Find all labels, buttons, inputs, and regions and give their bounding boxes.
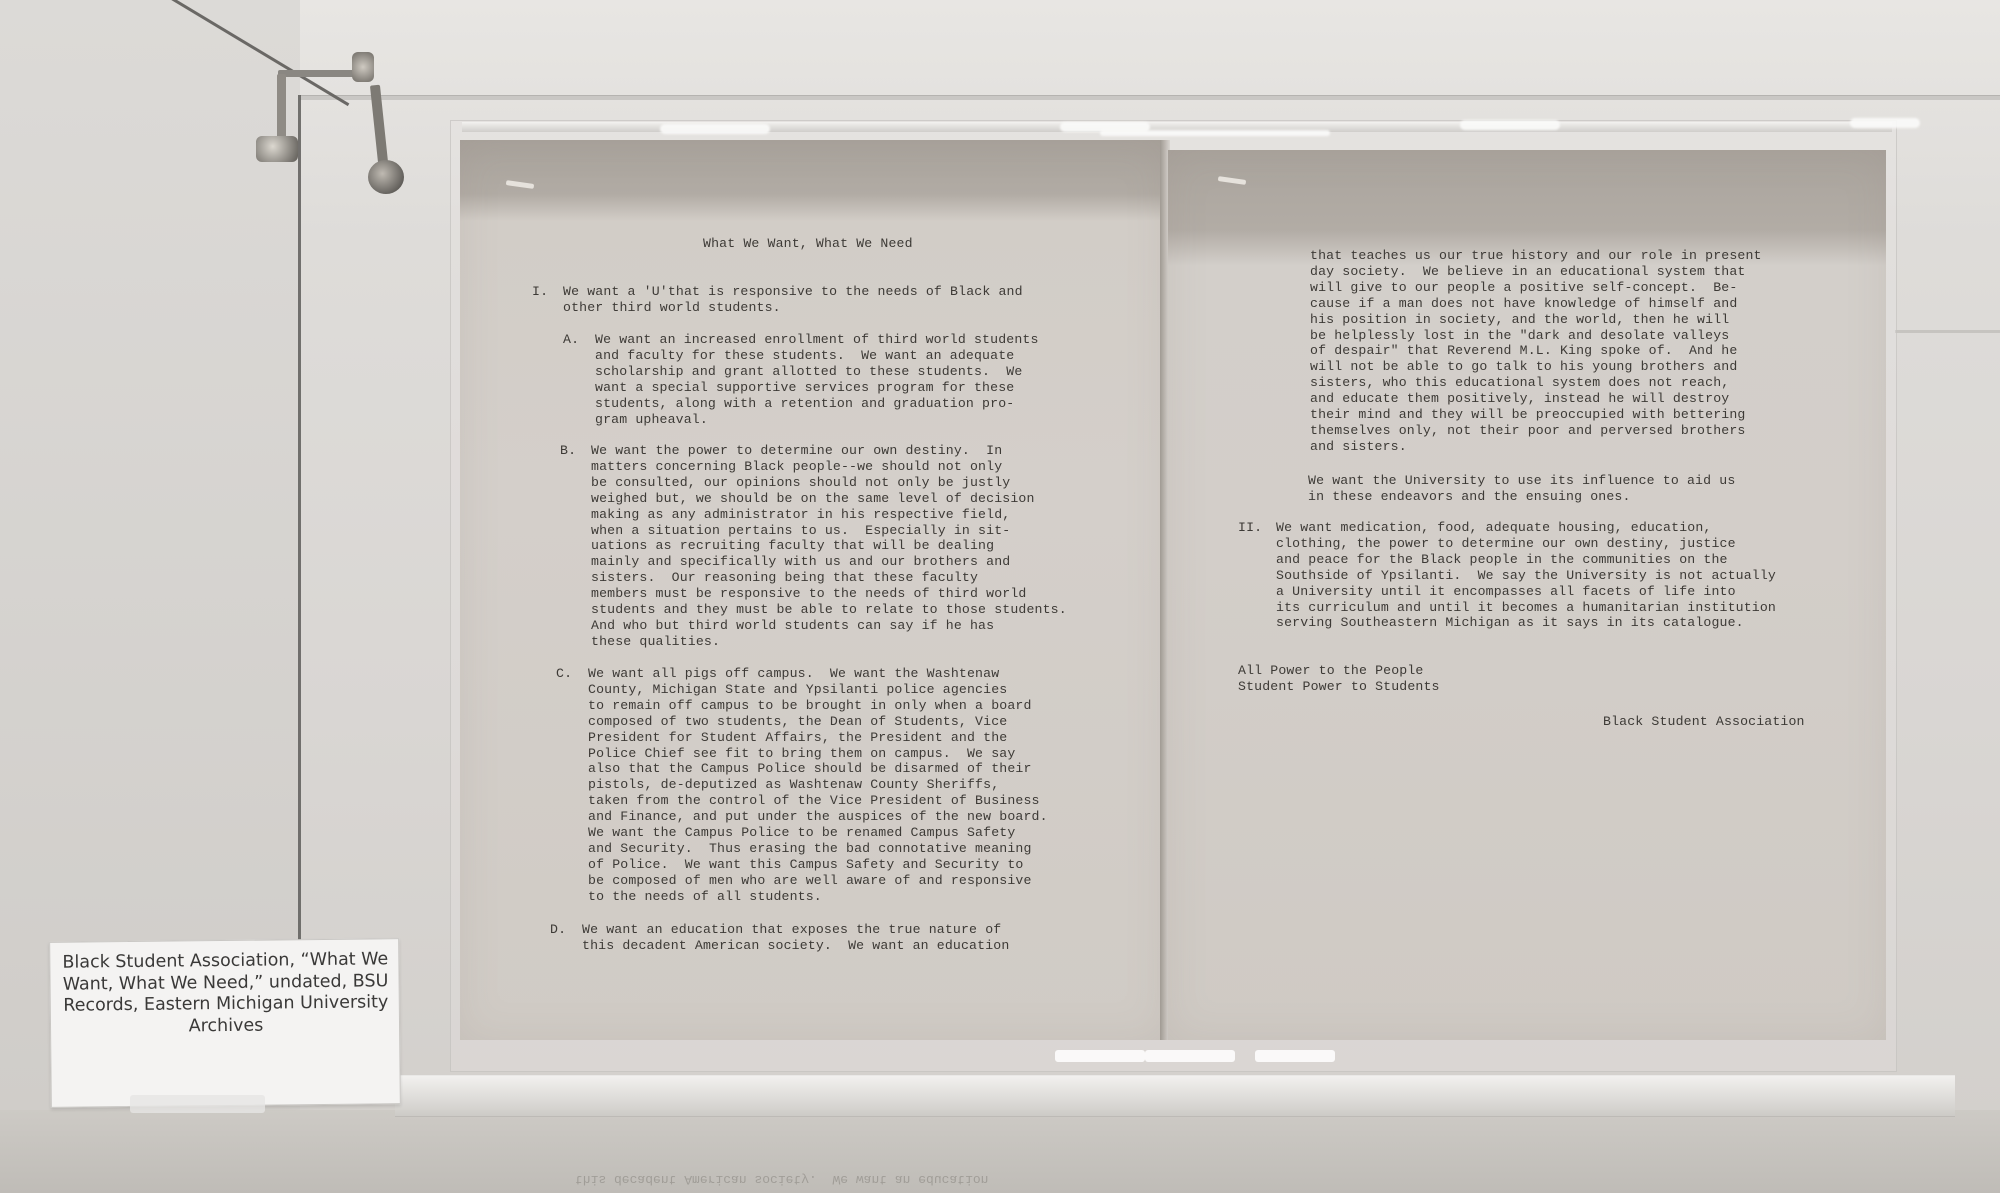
- bracket-arm: [278, 70, 358, 77]
- light-glare: [1145, 1050, 1235, 1062]
- subsection-c-text: We want all pigs off campus. We want the…: [588, 666, 1048, 905]
- light-glare: [1255, 1050, 1335, 1062]
- subsection-a-text: We want an increased enrollment of third…: [595, 332, 1039, 427]
- section-1-number: I.: [532, 284, 548, 300]
- document-title: What We Want, What We Need: [703, 236, 913, 252]
- document-page-right: that teaches us our true history and our…: [1168, 150, 1886, 1040]
- display-shelf: [0, 1110, 2000, 1193]
- light-glare: [1460, 120, 1560, 130]
- shelf-reflection-text: this decadent American society. We want …: [575, 1172, 988, 1187]
- section-1-text: We want a 'U'that is responsive to the n…: [563, 284, 1023, 316]
- light-glare: [1055, 1050, 1145, 1062]
- section-2-text: We want medication, food, adequate housi…: [1276, 520, 1776, 631]
- acrylic-stand-base: [395, 1075, 1955, 1117]
- bracket-post-left: [277, 74, 286, 142]
- subsection-c-label: C.: [556, 666, 572, 682]
- label-card-stand: [130, 1095, 265, 1113]
- staple-icon: [1218, 176, 1246, 185]
- light-glare: [1850, 118, 1920, 128]
- light-glare: [660, 124, 770, 134]
- light-glare: [1100, 130, 1330, 136]
- staple-icon: [506, 180, 534, 189]
- exhibit-label-text: Black Student Association, “What We Want…: [60, 949, 391, 1038]
- subsection-b-label: B.: [560, 443, 576, 459]
- subsection-b-text: We want the power to determine our own d…: [591, 443, 1067, 650]
- case-glass-line: [1895, 330, 2000, 333]
- display-case-scene: What We Want, What We Need I. We want a …: [0, 0, 2000, 1193]
- document-page-left: What We Want, What We Need I. We want a …: [460, 140, 1165, 1040]
- screw-icon: [256, 136, 298, 162]
- signature: Black Student Association: [1603, 714, 1805, 730]
- subsection-a-label: A.: [563, 332, 579, 348]
- screw-icon: [368, 160, 404, 194]
- subsection-d-label: D.: [550, 922, 566, 938]
- subsection-d-continuation: that teaches us our true history and our…: [1310, 248, 1762, 455]
- section-2-number: II.: [1238, 520, 1262, 536]
- closing-slogans: All Power to the People Student Power to…: [1238, 663, 1440, 695]
- case-glass-top-edge: [300, 95, 2000, 100]
- influence-paragraph: We want the University to use its influe…: [1308, 473, 1735, 505]
- subsection-d-text: We want an education that exposes the tr…: [582, 922, 1009, 954]
- screw-icon: [352, 52, 374, 82]
- exhibit-label-card: Black Student Association, “What We Want…: [49, 938, 401, 1108]
